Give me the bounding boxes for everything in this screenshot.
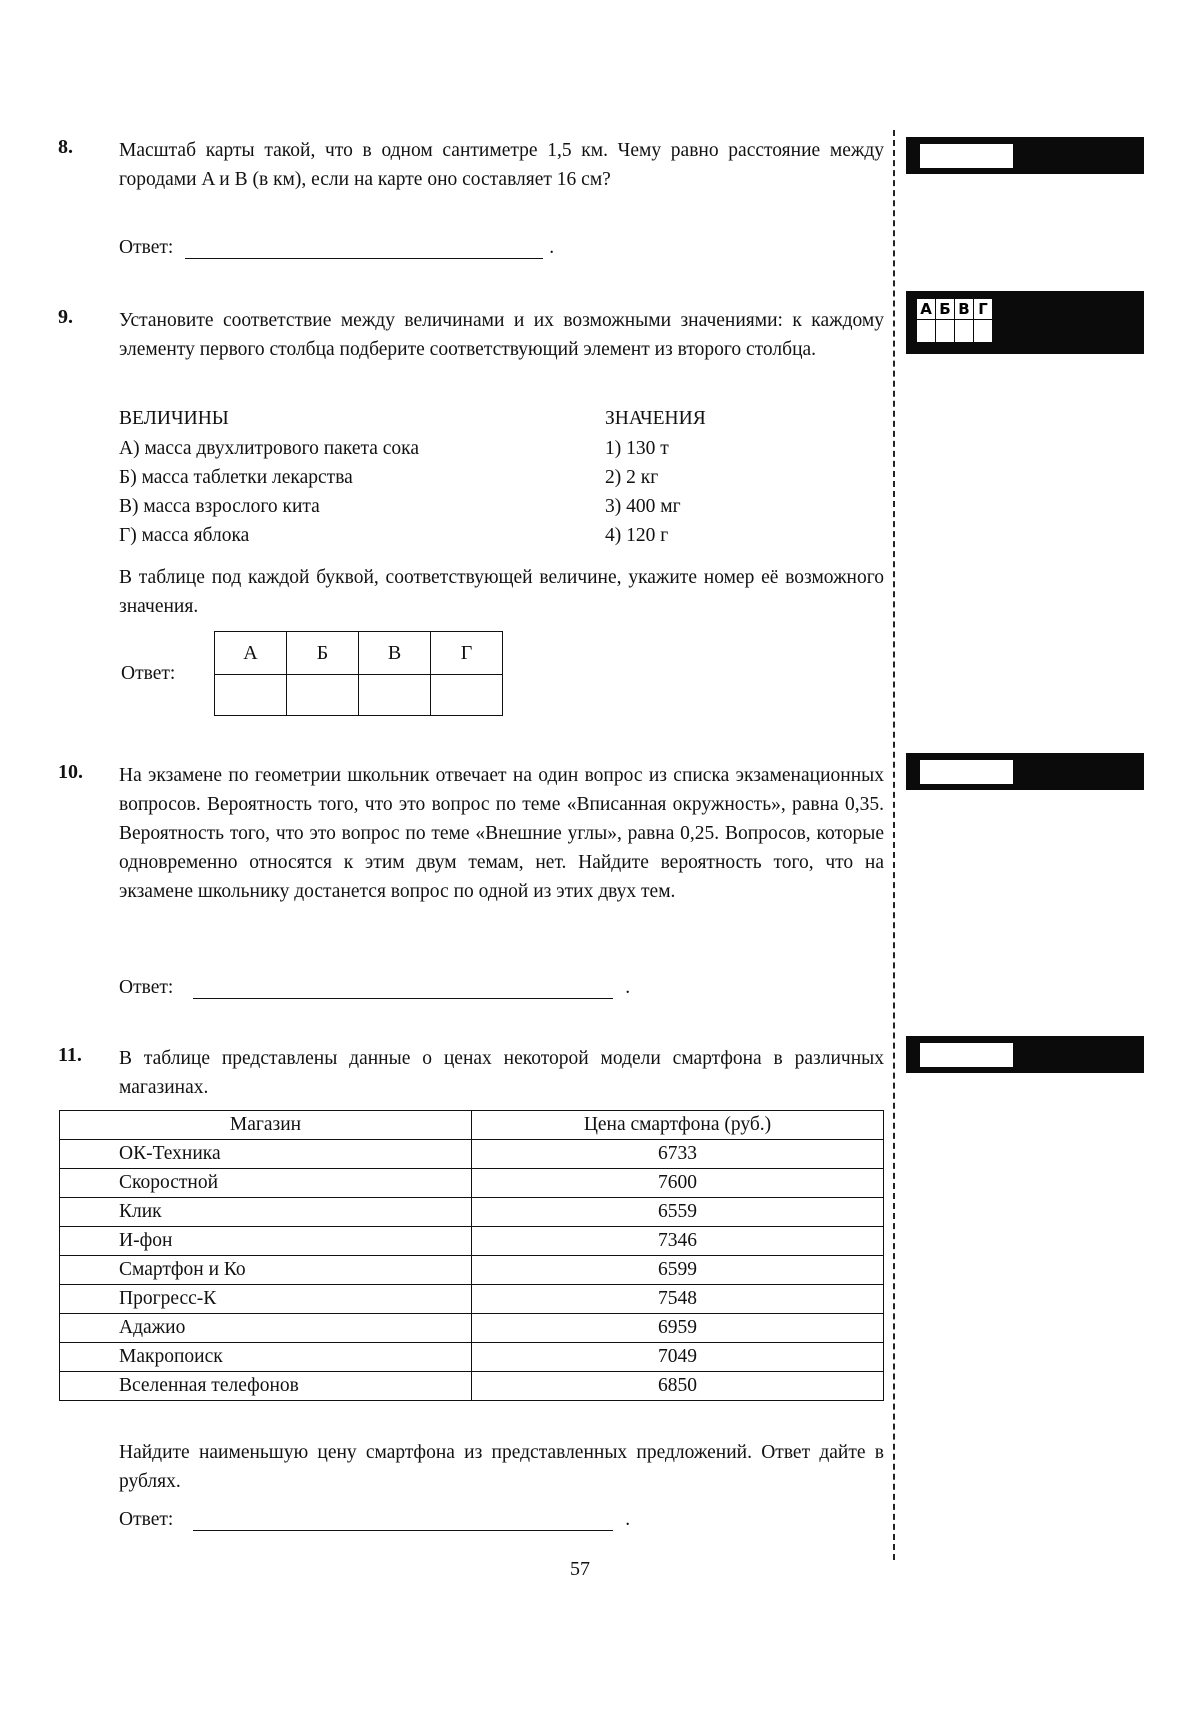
answer-field-11[interactable] [193,1512,613,1531]
question-11-number: 11. [58,1044,82,1067]
answer-label: Ответ: [119,1509,173,1531]
answer-period: . [625,1509,630,1531]
shop-price: 7346 [472,1227,884,1256]
question-11-answer: Ответ: . [119,1509,630,1531]
answer-box-10 [906,753,1144,790]
table-row: Скоростной 7600 [60,1169,884,1198]
answer-box-8 [906,137,1144,174]
shop-name: Клик [60,1198,472,1227]
value-item: 2) 2 кг [605,463,706,492]
question-11-text: В таблице представлены данные о ценах не… [119,1044,884,1102]
box-input[interactable] [936,320,954,342]
box-letter: Б [936,299,954,319]
answer-cell-b[interactable] [287,675,359,716]
table-row: Вселенная телефонов 6850 [60,1372,884,1401]
box-input[interactable] [917,320,935,342]
table-row: Смартфон и Ко 6599 [60,1256,884,1285]
shop-price: 7049 [472,1343,884,1372]
question-8-answer: Ответ: . [119,237,554,259]
table-header-row: Магазин Цена смартфона (руб.) [60,1111,884,1140]
table-letter: В [359,632,431,675]
question-10-answer: Ответ: . [119,977,630,999]
question-9-instruction: В таблице под каждой буквой, соответству… [119,563,884,621]
price-table: Магазин Цена смартфона (руб.) ОК-Техника… [59,1110,884,1401]
matching-answer-table: А Б В Г [214,631,503,716]
answer-field-10[interactable] [193,980,613,999]
answer-label: Ответ: [119,237,173,259]
question-9-answer-label: Ответ: [121,663,175,685]
answer-box-8-field[interactable] [920,144,1013,168]
question-8-text: Масштаб карты такой, что в одном сантиме… [119,136,884,194]
shop-name: И-фон [60,1227,472,1256]
quantity-item: Г) масса яблока [119,521,419,550]
quantities-header: ВЕЛИЧИНЫ [119,404,419,434]
value-item: 4) 120 г [605,521,706,550]
shop-price: 6850 [472,1372,884,1401]
table-letter: Б [287,632,359,675]
shop-name: Скоростной [60,1169,472,1198]
shop-name: Макропоиск [60,1343,472,1372]
shop-price: 7600 [472,1169,884,1198]
box-input[interactable] [955,320,973,342]
cut-line-divider [893,130,895,1560]
box-input[interactable] [974,320,992,342]
shop-price: 6559 [472,1198,884,1227]
table-letter: Г [431,632,503,675]
table-row: Макропоиск 7049 [60,1343,884,1372]
question-10-number: 10. [58,761,83,784]
question-10-text: На экзамене по геометрии школьник отвеча… [119,761,884,906]
values-header: ЗНАЧЕНИЯ [605,404,706,434]
answer-field-8[interactable] [185,240,543,259]
column-header-shop: Магазин [60,1111,472,1140]
answer-cell-a[interactable] [215,675,287,716]
table-row: Адажио 6959 [60,1314,884,1343]
quantity-item: А) масса двухлитрового пакета сока [119,434,419,463]
values-column: ЗНАЧЕНИЯ 1) 130 т 2) 2 кг 3) 400 мг 4) 1… [605,404,706,550]
quantities-column: ВЕЛИЧИНЫ А) масса двухлитрового пакета с… [119,404,419,550]
shop-name: Вселенная телефонов [60,1372,472,1401]
shop-price: 7548 [472,1285,884,1314]
shop-name: Адажио [60,1314,472,1343]
table-row: И-фон 7346 [60,1227,884,1256]
shop-price: 6959 [472,1314,884,1343]
question-11-prompt: Найдите наименьшую цену смартфона из пре… [119,1438,884,1496]
answer-box-9-grid: А Б В Г [917,299,992,342]
answer-cell-v[interactable] [359,675,431,716]
answer-box-11-field[interactable] [920,1043,1013,1067]
answer-cell-g[interactable] [431,675,503,716]
answer-period: . [549,237,554,259]
question-8-number: 8. [58,136,73,159]
answer-box-10-field[interactable] [920,760,1013,784]
shop-name: Прогресс-К [60,1285,472,1314]
answer-period: . [625,977,630,999]
answer-box-9: А Б В Г [906,291,1144,354]
answer-box-11 [906,1036,1144,1073]
box-letter: Г [974,299,992,319]
value-item: 1) 130 т [605,434,706,463]
table-letter: А [215,632,287,675]
page-number: 57 [570,1558,590,1581]
shop-price: 6599 [472,1256,884,1285]
quantity-item: Б) масса таблетки лекарства [119,463,419,492]
box-letter: В [955,299,973,319]
question-9-text: Установите соответствие между величинами… [119,306,884,364]
table-row: Прогресс-К 7548 [60,1285,884,1314]
column-header-price: Цена смартфона (руб.) [472,1111,884,1140]
shop-name: Смартфон и Ко [60,1256,472,1285]
table-row: Клик 6559 [60,1198,884,1227]
answer-label: Ответ: [119,977,173,999]
shop-name: ОК-Техника [60,1140,472,1169]
table-row: ОК-Техника 6733 [60,1140,884,1169]
answer-label: Ответ: [121,663,175,685]
box-letter: А [917,299,935,319]
value-item: 3) 400 мг [605,492,706,521]
quantity-item: В) масса взрослого кита [119,492,419,521]
question-9-number: 9. [58,306,73,329]
shop-price: 6733 [472,1140,884,1169]
